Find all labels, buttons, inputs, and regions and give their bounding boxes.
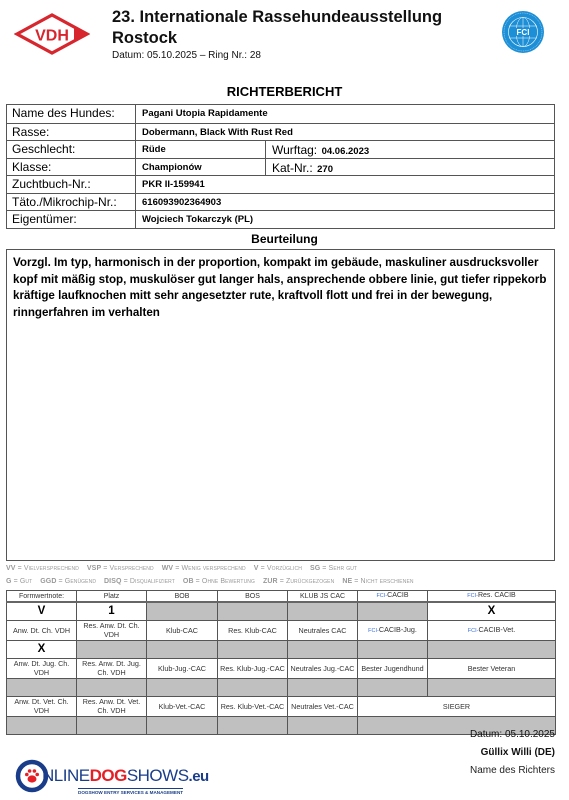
award-label: Neutrales Vet.-CAC [291,702,354,711]
award-mark-cell[interactable]: X [428,602,556,620]
awards-row: Anw. Dt. Jug. Ch. VDHRes. Anw. Dt. Jug. … [7,658,556,678]
birth-value: 04.06.2023 [322,146,370,157]
awards-row: Anw. Dt. Vet. Ch. VDHRes. Anw. Dt. Vet. … [7,696,556,716]
legend-meaning: Versprechend [110,565,154,572]
award-label-cell: Res. Anw. Dt. Vet. Ch. VDH [77,696,147,716]
brand-part-online: NLINE [42,766,90,785]
info-row-class: Klasse: Championów Kat-Nr.: 270 [7,158,554,176]
legend-entry: GGD = Genügend [40,578,96,585]
award-label: CACIB-Jug. [379,625,417,634]
info-row-name: Name des Hundes: Pagani Utopia Rapidamen… [7,105,554,123]
class-label: Klasse: [7,159,136,176]
award-mark-cell[interactable] [218,640,288,658]
judge-label: Name des Richters [470,765,555,776]
award-label-cell: Platz [77,591,147,603]
dog-info-table: Name des Hundes: Pagani Utopia Rapidamen… [6,104,555,229]
award-label-cell: FCI-CACIB [358,591,428,603]
award-label-cell: BOS [218,591,288,603]
legend-abbr: VV [6,565,16,572]
award-label-cell: Bester Veteran [428,658,556,678]
awards-row: Formwertnote:PlatzBOBBOSKLUB JS CACFCI-C… [7,591,556,603]
award-mark: V [38,605,46,617]
fci-prefix: FCI- [467,593,478,599]
award-label-cell: Klub-Vet.-CAC [147,696,218,716]
legend-entry: ZUR = Zurückgezogen [263,578,334,585]
awards-row: X [7,640,556,658]
award-label-cell: KLUB JS CAC [288,591,358,603]
legend-abbr: GGD [40,578,56,585]
award-mark-cell[interactable] [428,640,556,658]
award-mark-cell[interactable] [358,678,428,696]
award-label: Res. Klub-Jug.-CAC [220,664,285,673]
legend-entry: DISQ = Disqualifiziert [104,578,175,585]
award-mark-cell[interactable] [428,678,556,696]
show-title-line2: Rostock [112,28,442,49]
cat-value: 270 [317,164,333,175]
award-label-cell: Klub-Jug.-CAC [147,658,218,678]
legend-meaning: Vorzüglich [267,565,302,572]
award-label-cell: Bester Jugendhund [358,658,428,678]
legend-abbr: NE [342,578,352,585]
award-label: Bester Jugendhund [361,664,423,673]
awards-row: Anw. Dt. Ch. VDHRes. Anw. Dt. Ch. VDHKlu… [7,620,556,640]
legend-abbr: VSP [87,565,101,572]
legend-abbr: OB [183,578,194,585]
award-mark-cell[interactable] [77,678,147,696]
legend-meaning: Vielversprechend [24,565,79,572]
class-value: Championów [136,159,266,176]
award-label: Res. Anw. Dt. Vet. Ch. VDH [83,697,141,715]
onlinedogshows-wordmark: NLINEDOGSHOWS.eu [42,766,209,787]
award-label: Platz [104,593,120,600]
fci-prefix: FCI- [468,628,479,634]
svg-text:VDH: VDH [35,28,69,45]
info-row-studbook: Zuchtbuch-Nr.: PKR II-159941 [7,175,554,193]
legend-entry: SG = Sehr gut [310,565,357,572]
award-label-cell: Neutrales Vet.-CAC [288,696,358,716]
awards-row: V1X [7,602,556,620]
award-mark: X [38,643,46,655]
award-label: Res. CACIB [478,592,516,599]
award-mark-cell[interactable] [218,678,288,696]
name-value: Pagani Utopia Rapidamente [136,105,554,123]
award-label-cell: Neutrales Jug.-CAC [288,658,358,678]
award-label: Res. Klub-Vet.-CAC [221,702,285,711]
legend-entry: V = Vorzüglich [254,565,302,572]
footer-date: Datum: 05.10.2025 [470,729,555,740]
chip-value: 616093902364903 [136,194,554,211]
award-mark-cell[interactable] [288,640,358,658]
onlinedogshows-tagline: DOGSHOW ENTRY SERVICES & MANAGEMENT [78,788,183,795]
owner-value: Wojciech Tokarczyk (PL) [136,211,554,228]
award-mark-cell[interactable] [77,640,147,658]
sex-label: Geschlecht: [7,141,136,158]
legend-meaning: Wenig versprechend [181,565,245,572]
award-label: CACIB [387,592,408,599]
sex-value: Rüde [136,141,266,158]
award-label-cell: Anw. Dt. Jug. Ch. VDH [7,658,77,678]
award-mark-cell[interactable]: V [7,602,77,620]
legend-abbr: V [254,565,259,572]
award-label: Anw. Dt. Jug. Ch. VDH [14,659,70,677]
award-mark-cell[interactable]: X [7,640,77,658]
legend-entry: NE = Nicht erschienen [342,578,413,585]
award-label-cell: FCI-CACIB-Jug. [358,620,428,640]
award-mark-cell[interactable] [147,640,218,658]
award-label-cell: Res. Klub-Vet.-CAC [218,696,288,716]
award-mark-cell[interactable] [288,602,358,620]
award-label: SIEGER [443,702,470,711]
fci-prefix: FCI- [368,628,379,634]
award-mark-cell[interactable] [147,678,218,696]
awards-grid: Formwertnote:PlatzBOBBOSKLUB JS CACFCI-C… [6,590,556,735]
legend-entry: OB = Ohne Bewertung [183,578,255,585]
award-mark-cell[interactable] [7,716,77,734]
award-label-cell: Formwertnote: [7,591,77,603]
award-mark-cell[interactable] [358,640,428,658]
award-label: Klub-Vet.-CAC [159,702,206,711]
studbook-value: PKR II-159941 [136,176,554,193]
legend-meaning: Sehr gut [329,565,358,572]
legend-meaning: Gut [20,578,32,585]
award-label: Anw. Dt. Vet. Ch. VDH [14,697,68,715]
award-label: Res. Klub-CAC [228,626,277,635]
legend-abbr: WV [162,565,173,572]
legend-meaning: Ohne Bewertung [202,578,255,585]
cat-label: Kat-Nr.: [272,161,313,175]
award-mark-cell[interactable] [147,602,218,620]
award-label-cell: Res. Anw. Dt. Jug. Ch. VDH [77,658,147,678]
legend-line-1: VV = VielversprechendVSP = VersprechendW… [6,565,365,572]
award-mark-cell[interactable]: 1 [77,602,147,620]
award-mark-cell[interactable] [77,716,147,734]
award-label-cell: Anw. Dt. Vet. Ch. VDH [7,696,77,716]
legend-meaning: Zurückgezogen [286,578,334,585]
award-label-cell: Neutrales CAC [288,620,358,640]
legend-abbr: G [6,578,12,585]
info-row-owner: Eigentümer: Wojciech Tokarczyk (PL) [7,210,554,228]
report-heading: RICHTERBERICHT [0,84,569,99]
award-label-cell: FCI-CACIB-Vet. [428,620,556,640]
legend-abbr: ZUR [263,578,278,585]
judge-name: Güllix Willi (DE) [481,747,555,758]
award-mark: 1 [108,605,114,617]
show-title-line1: 23. Internationale Rassehundeausstellung [112,7,442,28]
award-mark-cell[interactable] [7,678,77,696]
award-mark: X [488,605,496,617]
award-label: CACIB-Vet. [478,625,515,634]
legend-meaning: Genügend [65,578,96,585]
birth-label: Wurftag: [272,143,317,157]
legend-meaning: Nicht erschienen [361,578,414,585]
legend-line-2: G = GutGGD = GenügendDISQ = Disqualifizi… [6,578,422,585]
fci-prefix: FCI- [376,593,387,599]
info-row-sex: Geschlecht: Rüde Wurftag: 04.06.2023 [7,140,554,158]
legend-meaning: Disqualifiziert [130,578,175,585]
award-label: Neutrales CAC [299,626,347,635]
award-label-cell: Res. Klub-Jug.-CAC [218,658,288,678]
show-subtitle: Datum: 05.10.2025 – Ring Nr.: 28 [112,50,261,61]
vdh-logo: VDH [14,12,90,56]
award-mark-cell[interactable] [288,678,358,696]
legend-entry: WV = Wenig versprechend [162,565,246,572]
legend-abbr: SG [310,565,320,572]
award-label-cell: Anw. Dt. Ch. VDH [7,620,77,640]
award-mark-cell[interactable] [288,716,358,734]
award-label-cell: Res. Anw. Dt. Ch. VDH [77,620,147,640]
award-label-cell: Klub-CAC [147,620,218,640]
award-mark-cell[interactable] [358,602,428,620]
award-label: Res. Anw. Dt. Ch. VDH [83,621,139,639]
legend-entry: G = Gut [6,578,32,585]
award-label-cell: Res. Klub-CAC [218,620,288,640]
award-label: Res. Anw. Dt. Jug. Ch. VDH [82,659,141,677]
award-label: Bester Veteran [468,664,516,673]
legend-entry: VV = Vielversprechend [6,565,79,572]
award-label: Klub-CAC [166,626,198,635]
chip-label: Täto./Mikrochip-Nr.: [7,194,136,211]
award-label: Klub-Jug.-CAC [158,664,206,673]
info-row-breed: Rasse: Dobermann, Black With Rust Red [7,123,554,141]
award-label-cell: FCI-Res. CACIB [428,591,556,603]
birth-date: Wurftag: 04.06.2023 [266,141,554,158]
breed-label: Rasse: [7,124,136,141]
award-label: KLUB JS CAC [300,593,345,600]
legend-entry: VSP = Versprechend [87,565,154,572]
legend-abbr: DISQ [104,578,122,585]
info-row-chip: Täto./Mikrochip-Nr.: 616093902364903 [7,193,554,211]
brand-part-dog: DOG [90,766,127,785]
award-label-cell: SIEGER [358,696,556,716]
brand-part-tld: .eu [189,768,209,785]
award-label: Formwertnote: [19,593,64,600]
name-label: Name des Hundes: [7,105,136,123]
svg-text:FCI: FCI [517,28,530,37]
award-label: Neutrales Jug.-CAC [291,664,355,673]
fci-logo: FCI [501,10,545,54]
award-mark-cell[interactable] [218,602,288,620]
catalog-number: Kat-Nr.: 270 [266,159,554,176]
award-label-cell: BOB [147,591,218,603]
award-mark-cell[interactable] [147,716,218,734]
evaluation-heading: Beurteilung [0,232,569,246]
awards-row [7,678,556,696]
studbook-label: Zuchtbuch-Nr.: [7,176,136,193]
evaluation-text: Vorzgl. Im typ, harmonisch in der propor… [6,249,555,561]
award-label: BOB [175,593,190,600]
brand-part-shows: SHOWS [127,766,189,785]
award-mark-cell[interactable] [218,716,288,734]
owner-label: Eigentümer: [7,211,136,228]
award-label: BOS [245,593,260,600]
breed-value: Dobermann, Black With Rust Red [136,124,554,141]
award-label: Anw. Dt. Ch. VDH [13,626,70,635]
show-title: 23. Internationale Rassehundeausstellung… [112,7,442,49]
